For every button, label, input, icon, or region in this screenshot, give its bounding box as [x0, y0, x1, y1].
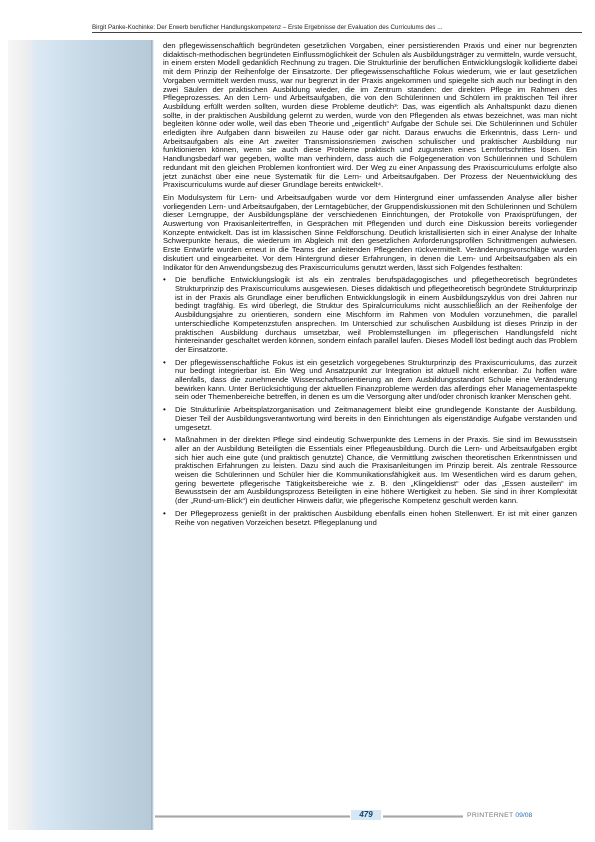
list-item-text: Maßnahmen in der direkten Pflege sind ei… [175, 435, 577, 505]
footer-rule-left [155, 815, 350, 818]
bullet-icon: • [163, 510, 166, 519]
journal-issue: 09/08 [515, 812, 532, 819]
journal-label: PRINTERNET 09/08 [467, 811, 532, 821]
paragraph: Ein Modulsystem für Lern- und Arbeitsauf… [163, 194, 577, 272]
list-item: • Maßnahmen in der direkten Pflege sind … [163, 436, 577, 506]
footer-rule-right [383, 815, 463, 818]
paragraph: den pflegewissenschaftlich begründeten g… [163, 42, 577, 190]
list-item-text: Die berufliche Entwicklungslogik ist als… [175, 275, 577, 354]
page-footer: 479 PRINTERNET 09/08 [155, 811, 580, 821]
decorative-side-panel [8, 40, 154, 830]
list-item: • Der Pflegeprozess genießt in der prakt… [163, 510, 577, 527]
list-item-text: Der pflegewissenschaftliche Fokus ist ei… [175, 358, 577, 402]
bullet-icon: • [163, 436, 166, 445]
bullet-list: • Die berufliche Entwicklungslogik ist a… [163, 276, 577, 527]
list-item-text: Der Pflegeprozess genießt in der praktis… [175, 509, 577, 527]
article-body: den pflegewissenschaftlich begründeten g… [163, 42, 577, 531]
list-item: • Die Strukturlinie Arbeitsplatzorganisa… [163, 406, 577, 432]
page-number: 479 [351, 810, 381, 820]
side-panel-edge-highlight [153, 40, 154, 830]
list-item: • Die berufliche Entwicklungslogik ist a… [163, 276, 577, 354]
list-item-text: Die Strukturlinie Arbeitsplatzorganisati… [175, 405, 577, 431]
bullet-icon: • [163, 359, 166, 368]
bullet-icon: • [163, 406, 166, 415]
list-item: • Der pflegewissenschaftliche Fokus ist … [163, 359, 577, 403]
bullet-icon: • [163, 276, 166, 285]
side-panel-edge-line [151, 40, 152, 830]
journal-name: PRINTERNET [467, 812, 513, 819]
running-header: Birgit Panke-Kochinke: Der Erwerb berufl… [92, 24, 582, 33]
